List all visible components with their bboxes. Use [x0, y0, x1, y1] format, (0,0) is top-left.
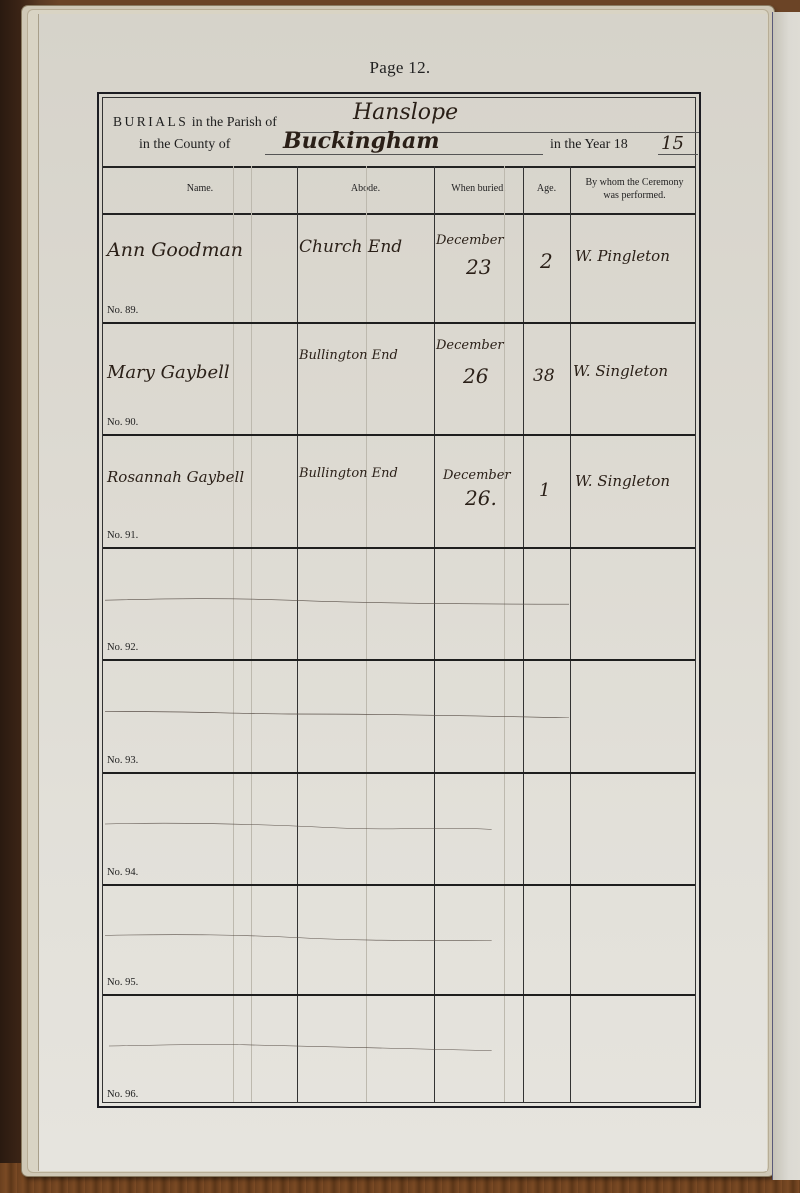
register-row: No. 94. — [103, 774, 695, 886]
entry-abode: Church End — [299, 237, 402, 257]
entry-number: No. 95. — [107, 977, 138, 988]
county-line: in the County of — [139, 137, 230, 153]
entry-burial-month: December — [436, 233, 504, 248]
year-fill-line — [658, 154, 698, 155]
entry-officiant: W. Pingleton — [575, 247, 670, 265]
entry-burial-day: 26 — [463, 364, 488, 388]
strike-through-line — [105, 710, 577, 718]
parish-label: in the Parish of — [192, 115, 277, 130]
entry-burial-month: December — [436, 338, 504, 353]
entry-name: Ann Goodman — [107, 239, 243, 261]
entry-abode: Bullington End — [299, 348, 398, 363]
register-row: No. 95. — [103, 886, 695, 996]
county-value: Buckingham — [283, 128, 440, 154]
column-header-when-buried: When buried. — [434, 166, 523, 213]
entry-name: Rosannah Gaybell — [107, 468, 244, 486]
register-row: No. 93. — [103, 661, 695, 774]
facing-page-edge — [772, 12, 800, 1180]
officiant-header-line2: was performed. — [603, 190, 665, 203]
entry-officiant: W. Singleton — [573, 362, 668, 380]
entry-number: No. 93. — [107, 755, 138, 766]
parish-value: Hanslope — [353, 100, 458, 125]
year-value: 15 — [661, 133, 684, 154]
entry-name: Mary Gaybell — [107, 362, 230, 383]
register-row: Rosannah Gaybell Bullington End December… — [103, 436, 695, 549]
column-header-age: Age. — [523, 166, 570, 213]
county-label: in the County of — [139, 137, 230, 152]
entry-number: No. 90. — [107, 417, 138, 428]
column-header-officiant: By whom the Ceremony was performed. — [570, 166, 699, 213]
page-number: Page 12. — [300, 58, 500, 78]
entry-number: No. 92. — [107, 642, 138, 653]
strike-through-line — [105, 934, 498, 942]
burial-register-table: BURIALS in the Parish of Hanslope in the… — [97, 92, 701, 1108]
parish-line: BURIALS in the Parish of — [113, 114, 277, 131]
entry-age: 2 — [540, 249, 553, 273]
register-row: Mary Gaybell Bullington End December 26 … — [103, 324, 695, 436]
entry-abode: Bullington End — [299, 466, 398, 481]
burials-label: BURIALS — [113, 114, 188, 129]
strike-through-line — [105, 1044, 498, 1052]
entry-number: No. 89. — [107, 305, 138, 316]
entry-number: No. 91. — [107, 530, 138, 541]
entry-number: No. 94. — [107, 867, 138, 878]
register-row: Ann Goodman Church End December 23 2 W. … — [103, 213, 695, 324]
register-heading: BURIALS in the Parish of Hanslope in the… — [103, 98, 695, 168]
entry-burial-month: December — [443, 468, 511, 483]
column-header-name: Name. — [103, 166, 297, 213]
year-label: in the Year 18 — [550, 137, 628, 153]
register-inner-frame: BURIALS in the Parish of Hanslope in the… — [102, 97, 696, 1103]
county-fill-line — [265, 154, 543, 155]
entry-number: No. 96. — [107, 1089, 138, 1100]
register-row: No. 92. — [103, 549, 695, 661]
column-header-row: Name. Abode. When buried. Age. By whom t… — [103, 166, 695, 215]
strike-through-line — [105, 822, 498, 830]
register-row: No. 96. — [103, 996, 695, 1106]
entry-burial-day: 26. — [465, 486, 497, 510]
officiant-header-line1: By whom the Ceremony — [585, 177, 683, 190]
entry-age: 38 — [533, 366, 555, 386]
strike-through-line — [105, 597, 577, 605]
entry-officiant: W. Singleton — [575, 472, 670, 490]
entry-age: 1 — [539, 480, 550, 501]
entry-burial-day: 23 — [466, 255, 491, 279]
